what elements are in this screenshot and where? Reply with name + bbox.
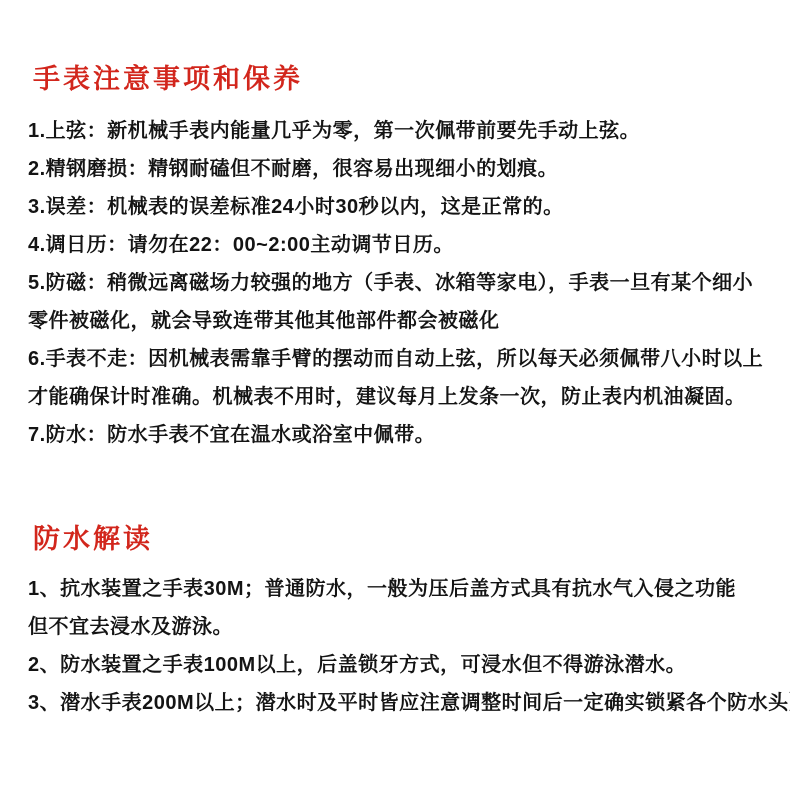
section-waterproof-guide: 防水解读 1、抗水装置之手表30M；普通防水，一般为压后盖方式具有抗水气入侵之功… xyxy=(28,522,770,722)
text-line: 2.精钢磨损：精钢耐磕但不耐磨，很容易出现细小的划痕。 xyxy=(28,150,770,188)
text-line: 才能确保计时准确。机械表不用时，建议每月上发条一次，防止表内机油凝固。 xyxy=(28,378,770,416)
text-line: 4.调日历：请勿在22：00~2:00主动调节日历。 xyxy=(28,226,770,264)
text-line: 3、潜水手表200M以上；潜水时及平时皆应注意调整时间后一定确实锁紧各个防水头） xyxy=(28,684,770,722)
care-section-title: 手表注意事项和保养 xyxy=(28,62,770,96)
text-line: 零件被磁化，就会导致连带其他其他部件都会被磁化 xyxy=(28,302,770,340)
text-line: 1.上弦：新机械手表内能量几乎为零，第一次佩带前要先手动上弦。 xyxy=(28,112,770,150)
text-line: 7.防水：防水手表不宜在温水或浴室中佩带。 xyxy=(28,416,770,454)
care-section-lines: 1.上弦：新机械手表内能量几乎为零，第一次佩带前要先手动上弦。2.精钢磨损：精钢… xyxy=(28,112,770,454)
text-line: 1、抗水装置之手表30M；普通防水，一般为压后盖方式具有抗水气入侵之功能 xyxy=(28,570,770,608)
text-line: 5.防磁：稍微远离磁场力较强的地方（手表、冰箱等家电），手表一旦有某个细小 xyxy=(28,264,770,302)
text-line: 但不宜去浸水及游泳。 xyxy=(28,608,770,646)
text-line: 2、防水装置之手表100M以上，后盖锁牙方式，可浸水但不得游泳潜水。 xyxy=(28,646,770,684)
section-care-instructions: 手表注意事项和保养 1.上弦：新机械手表内能量几乎为零，第一次佩带前要先手动上弦… xyxy=(28,62,770,454)
waterproof-section-title: 防水解读 xyxy=(28,522,770,556)
watch-care-document: 手表注意事项和保养 1.上弦：新机械手表内能量几乎为零，第一次佩带前要先手动上弦… xyxy=(0,0,790,800)
text-line: 3.误差：机械表的误差标准24小时30秒以内，这是正常的。 xyxy=(28,188,770,226)
waterproof-section-lines: 1、抗水装置之手表30M；普通防水，一般为压后盖方式具有抗水气入侵之功能但不宜去… xyxy=(28,570,770,722)
text-line: 6.手表不走：因机械表需靠手臂的摆动而自动上弦，所以每天必须佩带八小时以上 xyxy=(28,340,770,378)
